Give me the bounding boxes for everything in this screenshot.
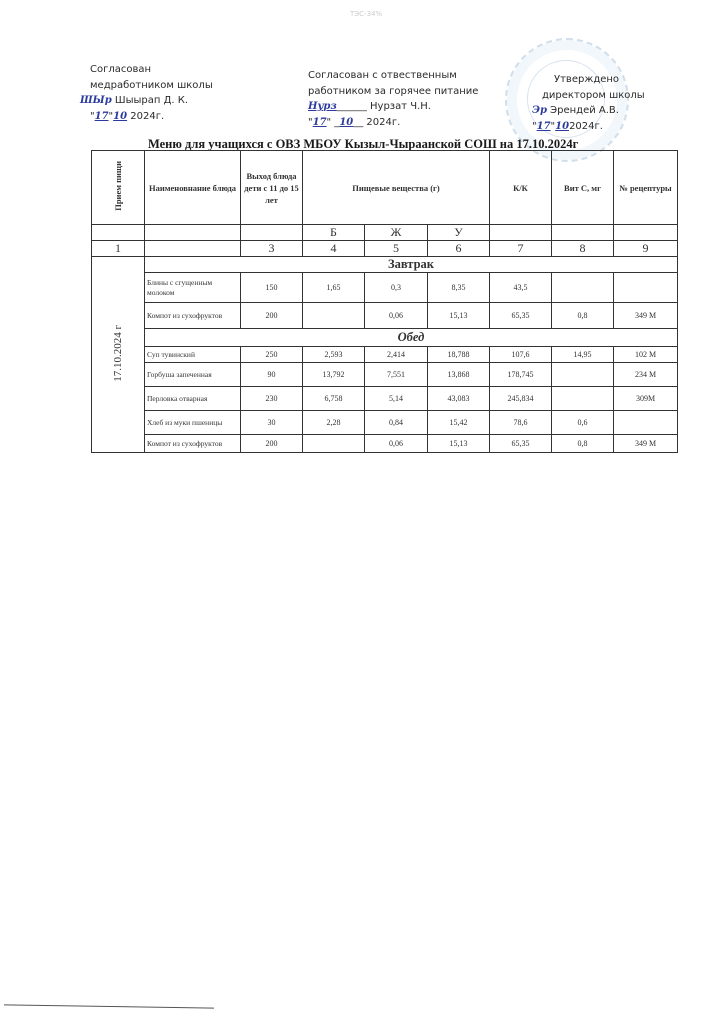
recipe-number: [614, 411, 678, 435]
subheader-empty: [614, 225, 678, 241]
dish-name: Горбуша запеченная: [145, 363, 241, 387]
approval-line1: Утверждено: [554, 72, 645, 88]
column-number: 9: [614, 241, 678, 257]
approval-line2: медработником школы: [90, 78, 213, 94]
recipe-number: [614, 273, 678, 303]
meal-date-cell: 17.10.2024 г: [92, 257, 145, 453]
approval-line1: Согласован с отвественным: [308, 68, 478, 84]
subheader-row: Б Ж У: [92, 225, 678, 241]
approval-date: "17"10 2024г.: [90, 109, 213, 125]
vitamin-c-value: 0,6: [552, 411, 614, 435]
date-month: 10: [339, 117, 353, 128]
kcal-value: 43,5: [490, 273, 552, 303]
approval-line2: директором школы: [542, 88, 645, 104]
recipe-number: 349 М: [614, 303, 678, 329]
date-month: 10: [555, 121, 569, 132]
carbs-value: 8,35: [428, 273, 490, 303]
dish-name: Суп тувинский: [145, 347, 241, 363]
table-row: Хлеб из муки пшеницы302,280,8415,4278,60…: [92, 411, 678, 435]
recipe-number: 234 М: [614, 363, 678, 387]
dish-name: Перловка отварная: [145, 387, 241, 411]
date-day: 17: [537, 121, 551, 132]
dish-yield: 200: [241, 303, 303, 329]
header-nutrients: Пищевые вещества (г): [303, 151, 490, 225]
dish-yield: 90: [241, 363, 303, 387]
column-number: 5: [365, 241, 428, 257]
vitamin-c-value: 0,8: [552, 303, 614, 329]
protein-value: 2,593: [303, 347, 365, 363]
table-row: Компот из сухофруктов2000,0615,1365,350,…: [92, 303, 678, 329]
kcal-value: 78,6: [490, 411, 552, 435]
date-day: 17: [313, 117, 327, 128]
scan-mark: ТЭС-34%: [350, 10, 382, 18]
kcal-value: 65,35: [490, 303, 552, 329]
approval-medical: Согласован медработником школы ШЫр Шыыра…: [90, 62, 213, 124]
column-number: 8: [552, 241, 614, 257]
column-number: 1: [92, 241, 145, 257]
table-row: Блины с сгущенным молоком1501,650,38,354…: [92, 273, 678, 303]
dish-name: Компот из сухофруктов: [145, 303, 241, 329]
table-row: Суп тувинский2502,5932,41418,788107,614,…: [92, 347, 678, 363]
protein-value: 2,28: [303, 411, 365, 435]
approval-line1: Согласован: [90, 62, 213, 78]
header-meal: Прием пищи: [92, 151, 145, 225]
subheader-fat: Ж: [365, 225, 428, 241]
vitamin-c-value: 0,8: [552, 435, 614, 453]
approval-name: Нурзат Ч.Н.: [370, 101, 431, 112]
approval-signature-line: Эр Эрендей А.В.: [532, 103, 645, 119]
approval-name: Шыырап Д. К.: [115, 95, 188, 106]
footer-rule: [4, 1004, 214, 1008]
section-row: Обед: [92, 329, 678, 347]
header-vit-c: Вит С, мг: [552, 151, 614, 225]
dish-yield: 150: [241, 273, 303, 303]
subheader-protein: Б: [303, 225, 365, 241]
subheader-empty: [241, 225, 303, 241]
subheader-empty: [552, 225, 614, 241]
date-year: 2024г.: [569, 121, 603, 132]
column-number-row: 1 3 4 5 6 7 8 9: [92, 241, 678, 257]
header-kcal: К/К: [490, 151, 552, 225]
kcal-value: 65,35: [490, 435, 552, 453]
subheader-empty: [145, 225, 241, 241]
fat-value: 0,3: [365, 273, 428, 303]
section-row: 17.10.2024 гЗавтрак: [92, 257, 678, 273]
dish-yield: 250: [241, 347, 303, 363]
date-year: 2024г.: [130, 111, 164, 122]
section-title: Обед: [145, 329, 678, 347]
fat-value: 7,551: [365, 363, 428, 387]
subheader-carbs: У: [428, 225, 490, 241]
approval-signature-line: Нурз______ Нурзат Ч.Н.: [308, 99, 478, 115]
fat-value: 2,414: [365, 347, 428, 363]
approval-director: Утверждено директором школы Эр Эрендей А…: [542, 72, 645, 134]
header-meal-text: Прием пищи: [112, 161, 124, 211]
subheader-empty: [490, 225, 552, 241]
protein-value: 1,65: [303, 273, 365, 303]
approval-date: "17"102024г.: [532, 119, 645, 135]
column-number: 3: [241, 241, 303, 257]
header-recipe: № рецептуры: [614, 151, 678, 225]
dish-name: Блины с сгущенным молоком: [145, 273, 241, 303]
protein-value: [303, 303, 365, 329]
signature: ШЫр: [80, 95, 112, 106]
carbs-value: 15,13: [428, 303, 490, 329]
signature: Эр: [532, 105, 547, 116]
protein-value: [303, 435, 365, 453]
dish-name: Хлеб из муки пшеницы: [145, 411, 241, 435]
kcal-value: 107,6: [490, 347, 552, 363]
vitamin-c-value: [552, 273, 614, 303]
approval-line2: работником за горячее питание: [308, 84, 478, 100]
header-dish: Наименовнание блюда: [145, 151, 241, 225]
carbs-value: 18,788: [428, 347, 490, 363]
table-row: Перловка отварная2306,7585,1443,083245,8…: [92, 387, 678, 411]
date-month: 10: [113, 111, 127, 122]
carbs-value: 15,13: [428, 435, 490, 453]
kcal-value: 245,834: [490, 387, 552, 411]
fat-value: 0,06: [365, 303, 428, 329]
vitamin-c-value: [552, 387, 614, 411]
fat-value: 0,84: [365, 411, 428, 435]
meal-date: 17.10.2024 г: [112, 325, 124, 382]
recipe-number: 309М: [614, 387, 678, 411]
dish-yield: 230: [241, 387, 303, 411]
kcal-value: 178,745: [490, 363, 552, 387]
dish-yield: 200: [241, 435, 303, 453]
protein-value: 6,758: [303, 387, 365, 411]
approval-signature-line: ШЫр Шыырап Д. К.: [80, 93, 213, 109]
vitamin-c-value: 14,95: [552, 347, 614, 363]
vitamin-c-value: [552, 363, 614, 387]
column-number: [145, 241, 241, 257]
signature: Нурз: [308, 101, 337, 112]
table-row: Компот из сухофруктов2000,0615,1365,350,…: [92, 435, 678, 453]
header-yield: Выход блюда дети с 11 до 15 лет: [241, 151, 303, 225]
dish-yield: 30: [241, 411, 303, 435]
recipe-number: 102 М: [614, 347, 678, 363]
subheader-empty: [92, 225, 145, 241]
dish-name: Компот из сухофруктов: [145, 435, 241, 453]
fat-value: 0,06: [365, 435, 428, 453]
column-number: 4: [303, 241, 365, 257]
menu-table: Прием пищи Наименовнание блюда Выход блю…: [91, 150, 678, 453]
date-day: 17: [95, 111, 109, 122]
approval-date: "17" _10__ 2024г.: [308, 115, 478, 131]
date-year: 2024г.: [366, 117, 400, 128]
section-title: Завтрак: [145, 257, 678, 273]
carbs-value: 43,083: [428, 387, 490, 411]
recipe-number: 349 М: [614, 435, 678, 453]
approval-food-service: Согласован с отвественным работником за …: [308, 68, 478, 130]
protein-value: 13,792: [303, 363, 365, 387]
carbs-value: 15,42: [428, 411, 490, 435]
fat-value: 5,14: [365, 387, 428, 411]
column-number: 6: [428, 241, 490, 257]
header-row: Прием пищи Наименовнание блюда Выход блю…: [92, 151, 678, 225]
table-row: Горбуша запеченная9013,7927,55113,868178…: [92, 363, 678, 387]
approval-name: Эрендей А.В.: [550, 105, 619, 116]
column-number: 7: [490, 241, 552, 257]
carbs-value: 13,868: [428, 363, 490, 387]
